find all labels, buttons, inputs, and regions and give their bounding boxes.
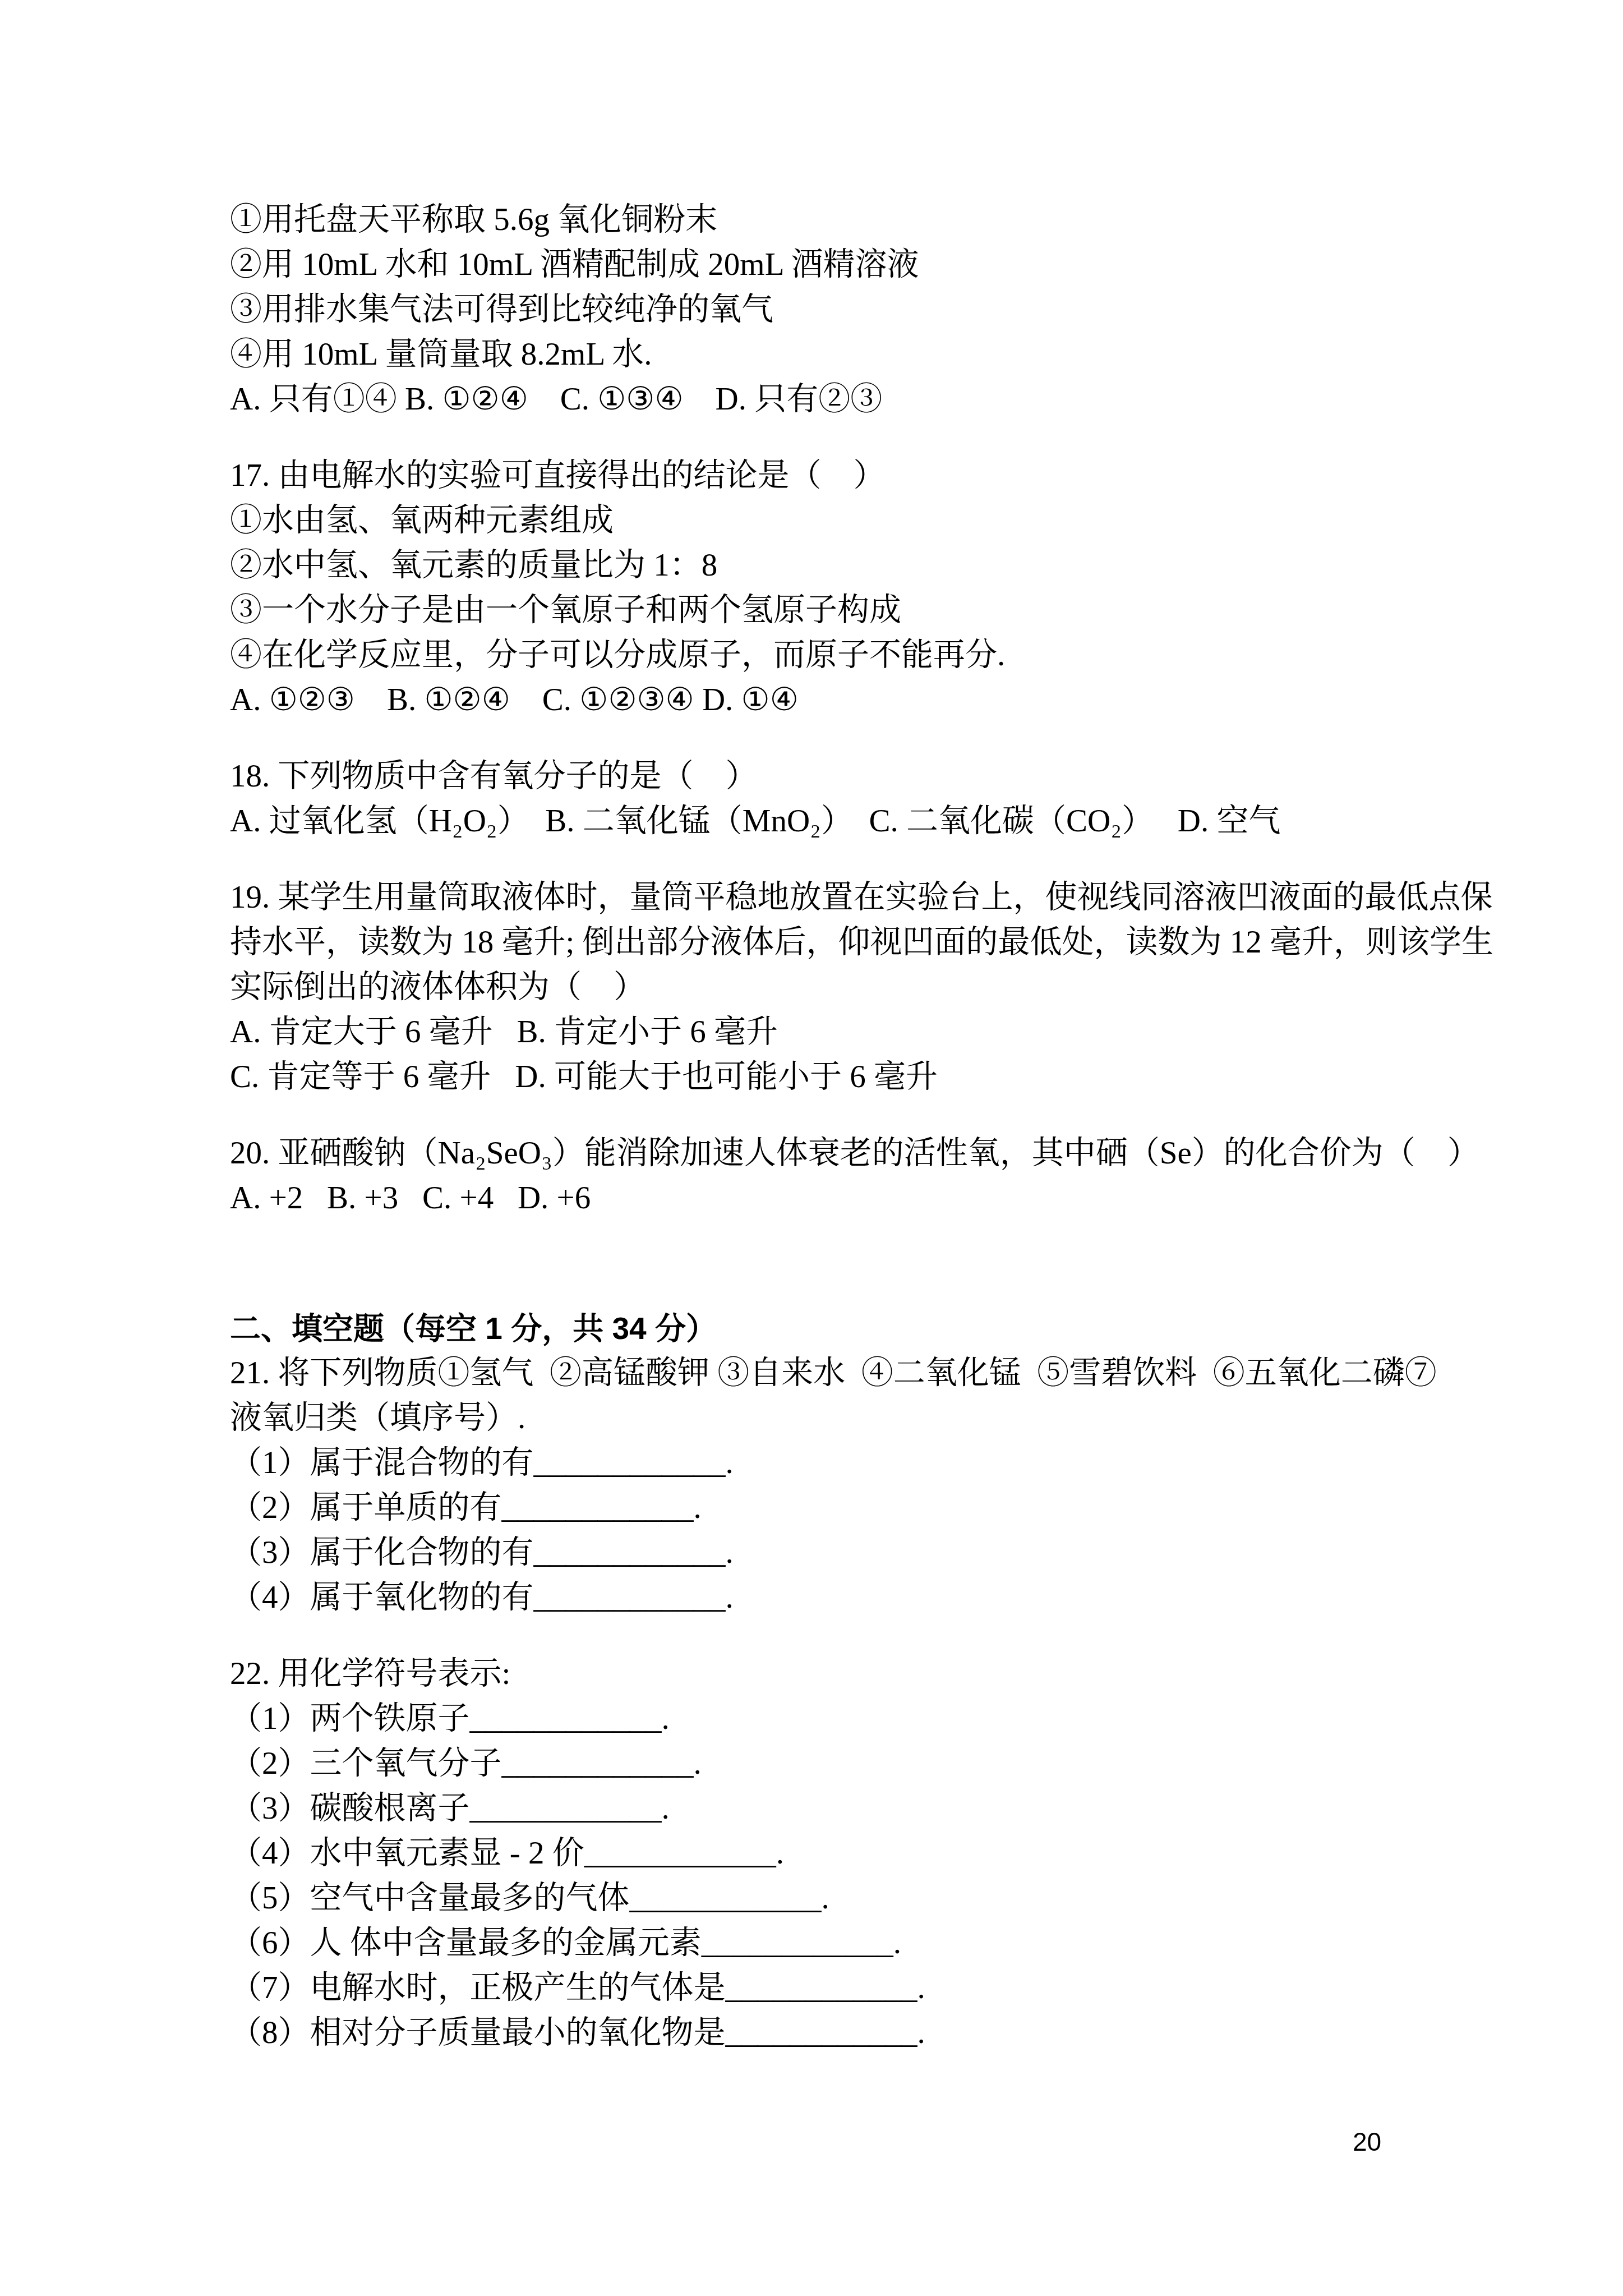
q20-choices: A. +2 B. +3 C. +4 D. +6 xyxy=(230,1176,1419,1221)
q17-stem: 17. 由电解水的实验可直接得出的结论是（ ） xyxy=(230,453,1419,498)
q21-stem-line-2: 液氧归类（填序号）. xyxy=(230,1396,1419,1441)
q19-stem-line-3: 实际倒出的液体体积为（ ） xyxy=(230,965,1419,1010)
q19-stem-line-2: 持水平，读数为 18 毫升; 倒出部分液体后，仰视凹面的最低处，读数为 12 毫… xyxy=(230,920,1419,965)
q19-stem-line-1: 19. 某学生用量筒取液体时，量筒平稳地放置在实验台上，使视线同溶液凹液面的最低… xyxy=(230,875,1419,920)
section-2-heading: 二、填空题（每空 1 分，共 34 分） xyxy=(230,1306,1419,1351)
q19-choices-line-1: A. 肯定大于 6 毫升 B. 肯定小于 6 毫升 xyxy=(230,1010,1419,1055)
q22-blank-2: （2）三个氧气分子____________. xyxy=(230,1741,1419,1786)
q22-blank-8: （8）相对分子质量最小的氧化物是____________. xyxy=(230,2010,1419,2055)
q22-blank-4: （4）水中氧元素显 - 2 价____________. xyxy=(230,1831,1419,1876)
q22-blank-6: （6）人 体中含量最多的金属元素____________. xyxy=(230,1921,1419,1966)
q16-statement-3: ③用排水集气法可得到比较纯净的氧气 xyxy=(230,287,1419,332)
exam-content: ①用托盘天平称取 5.6g 氧化铜粉末②用 10mL 水和 10mL 酒精配制成… xyxy=(230,197,1419,2055)
q18-choices: A. 过氧化氢（H₂O₂） B. 二氧化锰（MnO₂） C. 二氧化碳（CO₂）… xyxy=(230,799,1419,844)
q17-statement-4: ④在化学反应里，分子可以分成原子，而原子不能再分. xyxy=(230,633,1419,678)
q21-blank-3: （3）属于化合物的有____________. xyxy=(230,1530,1419,1575)
q16-statement-1: ①用托盘天平称取 5.6g 氧化铜粉末 xyxy=(230,197,1419,242)
q21-blank-4: （4）属于氧化物的有____________. xyxy=(230,1575,1419,1620)
q18-stem: 18. 下列物质中含有氧分子的是（ ） xyxy=(230,754,1419,799)
q21-blank-2: （2）属于单质的有____________. xyxy=(230,1485,1419,1530)
q22-blank-5: （5）空气中含量最多的气体____________. xyxy=(230,1876,1419,1921)
q19-choices-line-2: C. 肯定等于 6 毫升 D. 可能大于也可能小于 6 毫升 xyxy=(230,1055,1419,1099)
q21-stem-line-1: 21. 将下列物质①氢气 ②高锰酸钾 ③自来水 ④二氧化锰 ⑤雪碧饮料 ⑥五氧化… xyxy=(230,1351,1419,1396)
q22-blank-3: （3）碳酸根离子____________. xyxy=(230,1786,1419,1831)
q21-blank-1: （1）属于混合物的有____________. xyxy=(230,1441,1419,1485)
q17-statement-1: ①水由氢、氧两种元素组成 xyxy=(230,498,1419,543)
exam-page: ①用托盘天平称取 5.6g 氧化铜粉末②用 10mL 水和 10mL 酒精配制成… xyxy=(0,0,1623,2296)
q16-choices: A. 只有①④ B. ①②④ C. ①③④ D. 只有②③ xyxy=(230,377,1419,422)
page-number: 20 xyxy=(1353,2127,1381,2156)
q22-blank-7: （7）电解水时，正极产生的气体是____________. xyxy=(230,1966,1419,2010)
q17-choices: A. ①②③ B. ①②④ C. ①②③④ D. ①④ xyxy=(230,678,1419,723)
q16-statement-4: ④用 10mL 量筒量取 8.2mL 水. xyxy=(230,332,1419,377)
q17-statement-2: ②水中氢、氧元素的质量比为 1：8 xyxy=(230,543,1419,588)
q22-stem: 22. 用化学符号表示: xyxy=(230,1651,1419,1696)
q22-blank-1: （1）两个铁原子____________. xyxy=(230,1696,1419,1741)
q16-statement-2: ②用 10mL 水和 10mL 酒精配制成 20mL 酒精溶液 xyxy=(230,242,1419,287)
q20-stem: 20. 亚硒酸钠（Na₂SeO₃）能消除加速人体衰老的活性氧，其中硒（Se）的化… xyxy=(230,1131,1419,1176)
q17-statement-3: ③一个水分子是由一个氧原子和两个氢原子构成 xyxy=(230,588,1419,633)
